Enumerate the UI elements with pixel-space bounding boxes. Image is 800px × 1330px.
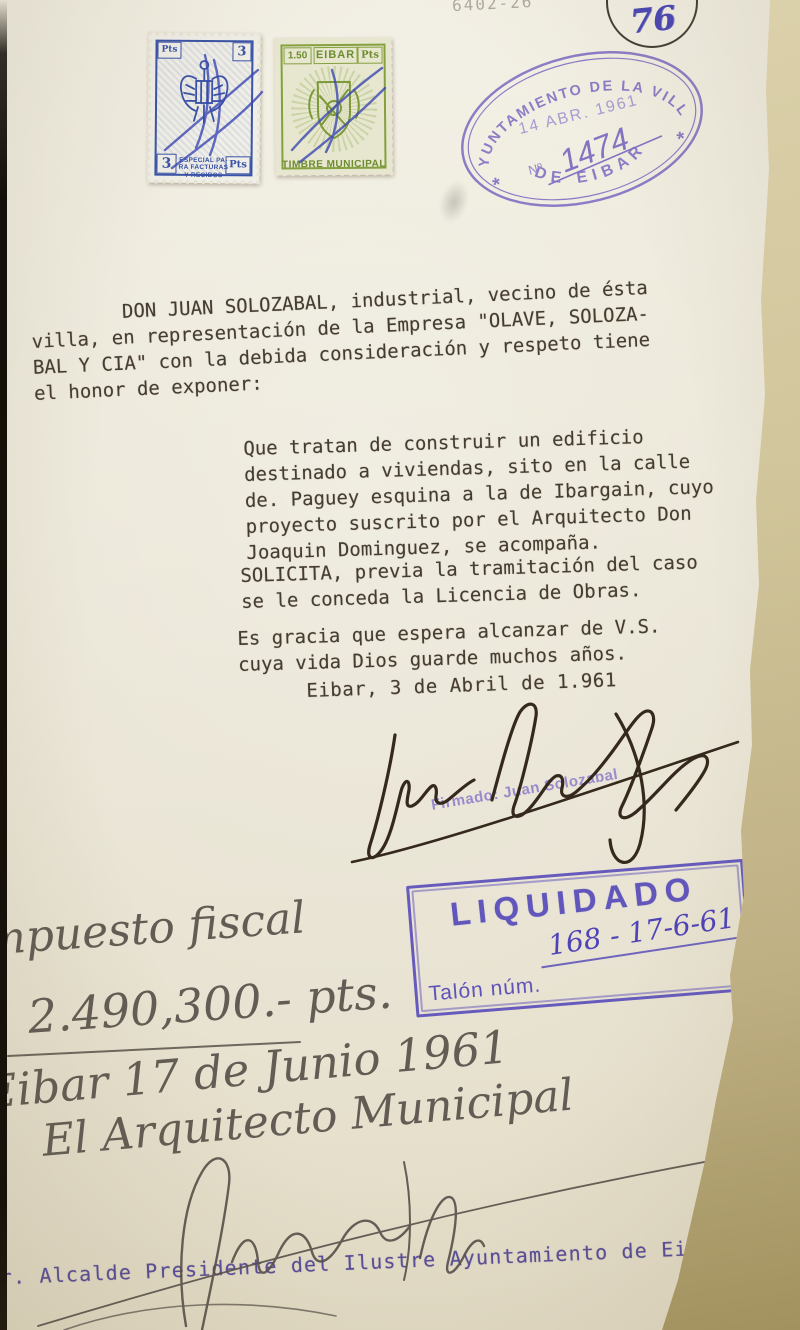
tax-amount-handwriting: 2.490,300.- pts.	[26, 965, 394, 1044]
municipal-crest-icon	[301, 74, 366, 145]
liquidado-stamp: LIQUIDADO Talón núm. 168 - 17-6-61	[406, 859, 753, 1018]
municipal-stamp-currency: Pts	[357, 47, 382, 64]
binding-edge	[0, 0, 7, 1330]
scanned-document: 6402-26 76 Pts 3 3 Pts	[0, 0, 800, 1330]
tax-label-handwriting: Impuesto fiscal	[0, 892, 307, 967]
municipal-stamp-value: 1.50	[283, 47, 311, 64]
municipal-stamp-caption: TIMBRE MUNICIPAL	[275, 158, 392, 170]
registry-oval-stamp: AYUNTAMIENTO DE LA VILLA DE EIBAR * * 14…	[437, 21, 728, 237]
letter-paragraph-closing: Es gracia que espera alcanzar de V.S. cu…	[237, 611, 728, 678]
letter-paragraph-exposition: Que tratan de construir un edificio dest…	[243, 421, 737, 565]
signature-name-stamp: Firmado: Juan Solozabal	[430, 766, 619, 814]
eagle-crest-icon	[174, 55, 235, 128]
municipal-stamp-city: EIBAR	[313, 47, 357, 64]
fiscal-stamp-value-top: 3	[232, 42, 251, 61]
document-page: 6402-26 76 Pts 3 3 Pts	[0, 0, 800, 1330]
addressee-line: Sr. Alcalde Presidente del Ilustre Ayunt…	[0, 1234, 741, 1290]
fiscal-revenue-stamp: Pts 3 3 Pts ESPECIAL PA- RA FACTURAS Y R…	[147, 33, 260, 184]
municipal-timbre-stamp: 1.50 EIBAR Pts TIMBRE MUNICIPAL	[274, 37, 392, 175]
fiscal-stamp-caption: ESPECIAL PA- RA FACTURAS Y RECIBOS	[147, 156, 259, 179]
pencil-smudge	[434, 177, 474, 227]
reference-code: 6402-26	[452, 0, 534, 15]
letter-paragraph-intro: DON JUAN SOLOZABAL, industrial, vecino d…	[30, 271, 740, 407]
